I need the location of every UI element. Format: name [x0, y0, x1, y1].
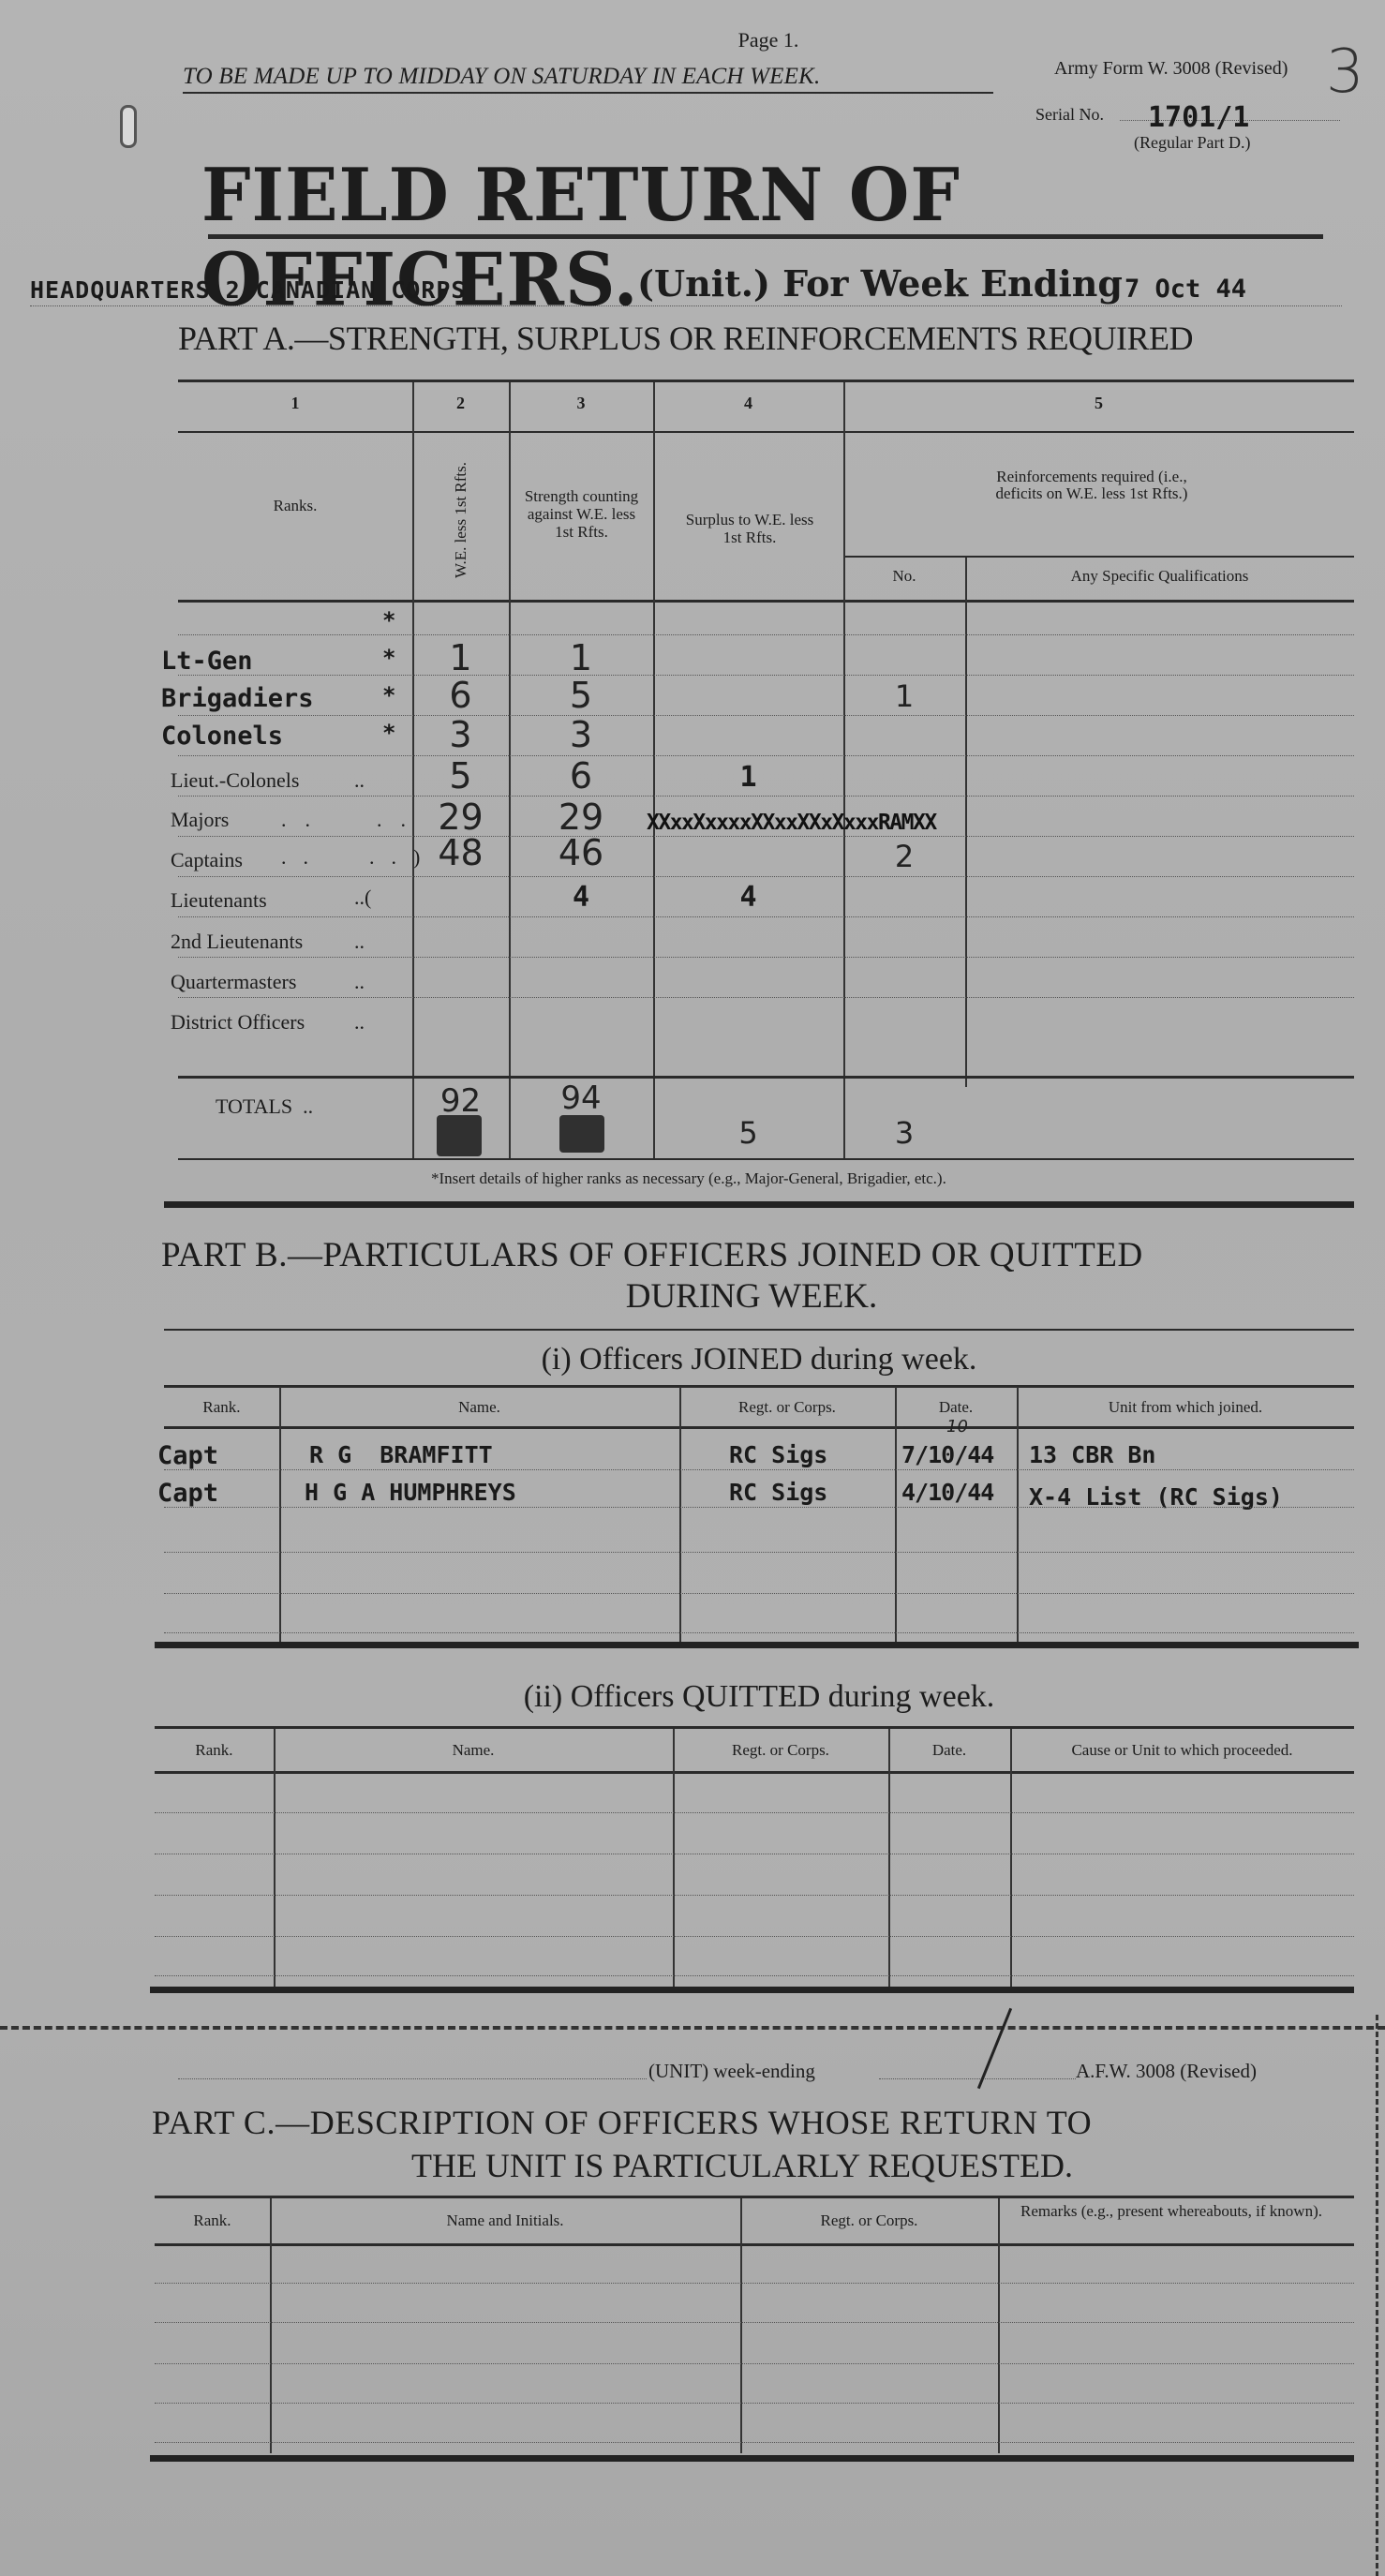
- reinforcement-no-value[interactable]: 1: [843, 678, 965, 714]
- quitted-col-divider-2: [673, 1729, 675, 1993]
- struck-out-text: XXxxXxxxxXXxxXXxXxxxRAMXX: [647, 811, 936, 835]
- part-c-heading-line2: THE UNIT IS PARTICULARLY REQUESTED.: [152, 2146, 1333, 2185]
- quitted-col-divider-3: [888, 1729, 890, 1993]
- totals-no[interactable]: 3: [843, 1115, 965, 1151]
- rank-label: District Officers: [171, 1010, 305, 1035]
- rank-marker: ..: [354, 1010, 365, 1035]
- row-rule: [164, 1507, 1354, 1508]
- army-form-label: Army Form W. 3008 (Revised): [1054, 58, 1288, 80]
- row-rule: [178, 957, 1354, 958]
- row-rule: [178, 836, 1354, 837]
- joined-col-divider-4: [1017, 1387, 1019, 1642]
- totals-strength[interactable]: 94: [509, 1080, 653, 1117]
- row-rule: [178, 796, 1354, 797]
- strength-value[interactable]: 3: [509, 714, 653, 755]
- part-a-col-divider-4: [843, 382, 845, 1160]
- quitted-col-cause: Cause or Unit to which proceeded.: [1010, 1741, 1354, 1760]
- surplus-value[interactable]: 1: [653, 761, 843, 794]
- unit-dotted-line: [178, 2078, 647, 2079]
- rank-marker: ..: [354, 970, 365, 994]
- part-c-table-top-rule: [155, 2196, 1354, 2198]
- rank-label: Brigadiers: [161, 684, 314, 713]
- week-ending-dotted-line: [879, 2078, 1076, 2079]
- perforation-line: [0, 2026, 1385, 2030]
- rank-label: Lieutenants: [171, 888, 267, 913]
- rank-label: Majors: [171, 808, 229, 832]
- we-value[interactable]: 6: [412, 675, 509, 716]
- joined-name[interactable]: R G BRAMFITT: [309, 1441, 493, 1468]
- row-rule: [164, 1593, 1354, 1594]
- part-c-heading: PART C.—DESCRIPTION OF OFFICERS WHOSE RE…: [152, 2103, 1092, 2142]
- joined-name[interactable]: H G A HUMPHREYS: [305, 1479, 516, 1506]
- col-number-2: 2: [412, 394, 509, 413]
- totals-bottom-rule: [178, 1158, 1354, 1160]
- rank-label: Colonels: [161, 722, 283, 751]
- part-c-header-rule: [155, 2243, 1354, 2246]
- rank-label: Quartermasters: [171, 970, 296, 994]
- rank-marker: *: [382, 645, 395, 671]
- header-ranks: Ranks.: [178, 497, 412, 515]
- reinforcement-no-value[interactable]: 2: [843, 839, 965, 874]
- row-rule: [155, 1854, 1354, 1854]
- we-value[interactable]: 1: [412, 637, 509, 678]
- row-rule: [155, 1812, 1354, 1813]
- unit-dotted-line: [30, 305, 1342, 306]
- rank-marker: ..: [354, 930, 365, 954]
- row-rule: [164, 1632, 1354, 1633]
- quitted-col-divider-4: [1010, 1729, 1012, 1993]
- row-rule: [164, 1552, 1354, 1553]
- strength-value[interactable]: 6: [509, 755, 653, 797]
- row-rule: [155, 2403, 1354, 2404]
- strength-value[interactable]: 4: [509, 881, 653, 914]
- unit-label: (Unit.) For Week Ending: [637, 262, 1123, 305]
- quitted-heading: (ii) Officers QUITTED during week.: [164, 1679, 1354, 1715]
- row-rule: [155, 2283, 1354, 2284]
- joined-unit[interactable]: 13 CBR Bn: [1029, 1441, 1155, 1468]
- rank-marker: ..: [354, 768, 365, 793]
- header-we: W.E. less 1st Rfts.: [452, 440, 470, 600]
- header-reinforcements: Reinforcements required (i.e., deficits …: [975, 469, 1209, 502]
- totals-label: TOTALS ..: [216, 1094, 313, 1119]
- totals-top-rule: [178, 1076, 1354, 1079]
- totals-strength-scribble: [559, 1115, 604, 1153]
- part-b-heading-line2: DURING WEEK.: [161, 1276, 1342, 1317]
- part-c-col-divider-2: [740, 2198, 742, 2453]
- part-c-col-regt: Regt. or Corps.: [740, 2211, 998, 2230]
- rank-label: Lieut.-Colonels: [171, 768, 299, 793]
- joined-col-divider-3: [895, 1387, 897, 1642]
- row-rule: [178, 876, 1354, 877]
- rank-marker: *: [382, 682, 395, 708]
- joined-col-date: Date.: [895, 1398, 1017, 1417]
- part-a-header-bottom-rule: [178, 600, 1354, 603]
- joined-rank[interactable]: Capt: [157, 1479, 218, 1508]
- row-rule: [178, 715, 1354, 716]
- quitted-col-date: Date.: [888, 1741, 1010, 1760]
- header-no: No.: [843, 567, 965, 586]
- we-value[interactable]: 5: [412, 755, 509, 797]
- row-rule: [178, 755, 1354, 756]
- joined-col-rank: Rank.: [164, 1398, 279, 1417]
- part-a-top-rule: [178, 380, 1354, 382]
- quitted-col-rank: Rank.: [155, 1741, 274, 1760]
- row-rule: [164, 1469, 1354, 1470]
- part-c-bottom-rule: [150, 2455, 1354, 2462]
- part-a-col-divider-5: [965, 558, 967, 1087]
- col-number-1: 1: [178, 394, 412, 413]
- joined-table-top-rule: [164, 1385, 1354, 1388]
- part-a-bottom-rule: [164, 1201, 1354, 1208]
- part-a-heading: PART A.—STRENGTH, SURPLUS OR REINFORCEME…: [178, 319, 1193, 358]
- week-ending-value: 7 Oct 44: [1124, 275, 1246, 304]
- strength-value[interactable]: 46: [509, 832, 653, 873]
- header-strength: Strength counting against W.E. less 1st …: [518, 487, 645, 541]
- joined-regt[interactable]: RC Sigs: [729, 1479, 827, 1506]
- totals-we[interactable]: 92: [412, 1082, 509, 1120]
- part-a-colnum-rule: [178, 431, 1354, 433]
- quitted-col-divider-1: [274, 1729, 276, 1993]
- corner-mark: 3: [1326, 37, 1364, 107]
- title-underline: [208, 234, 1323, 239]
- serial-label: Serial No.: [1035, 105, 1104, 125]
- joined-col-divider-2: [679, 1387, 681, 1642]
- quitted-table-top-rule: [155, 1726, 1354, 1729]
- rank-label: Captains: [171, 848, 243, 872]
- joined-col-divider-1: [279, 1387, 281, 1642]
- joined-col-regt: Regt. or Corps.: [679, 1398, 895, 1417]
- part-b-rule: [164, 1329, 1354, 1331]
- row-rule: [155, 1975, 1354, 1976]
- part-b-heading: PART B.—PARTICULARS OF OFFICERS JOINED O…: [161, 1235, 1143, 1275]
- instruction-text: TO BE MADE UP TO MIDDAY ON SATURDAY IN E…: [183, 64, 820, 90]
- rank-marker: *: [382, 720, 395, 746]
- joined-bottom-rule: [155, 1642, 1359, 1648]
- rank-marker: *: [382, 607, 395, 633]
- part-c-col-divider-3: [998, 2198, 1000, 2453]
- strength-value[interactable]: 1: [509, 637, 653, 678]
- afw-ref: A.F.W. 3008 (Revised): [1076, 2060, 1257, 2083]
- quitted-col-regt: Regt. or Corps.: [673, 1741, 888, 1760]
- strength-value[interactable]: 5: [509, 675, 653, 716]
- row-rule: [155, 2363, 1354, 2364]
- footnote: *Insert details of higher ranks as neces…: [431, 1169, 946, 1188]
- header-surplus: Surplus to W.E. less 1st Rfts.: [675, 511, 825, 546]
- page-number: Page 1.: [712, 28, 825, 52]
- joined-date[interactable]: 7/10/44: [901, 1441, 993, 1468]
- unit-week-ending-label: (UNIT) week-ending: [648, 2060, 815, 2083]
- joined-header-rule: [164, 1426, 1354, 1429]
- check-mark-icon: [977, 2008, 1012, 2089]
- joined-regt[interactable]: RC Sigs: [729, 1441, 827, 1468]
- part-c-col-remarks: Remarks (e.g., present whereabouts, if k…: [1003, 2202, 1340, 2220]
- we-value[interactable]: 3: [412, 714, 509, 755]
- quitted-bottom-rule: [150, 1987, 1354, 1993]
- part-c-col-rank: Rank.: [155, 2211, 270, 2230]
- instruction-underline: [183, 92, 993, 94]
- col-number-5: 5: [843, 394, 1354, 413]
- totals-we-scribble: [437, 1115, 482, 1156]
- part-c-col-divider-1: [270, 2198, 272, 2453]
- header-qualifications: Any Specific Qualifications: [965, 567, 1354, 586]
- serial-sub: (Regular Part D.): [1134, 133, 1250, 153]
- row-rule: [155, 1895, 1354, 1896]
- rank-label: 2nd Lieutenants: [171, 930, 303, 954]
- row-rule: [178, 634, 1354, 635]
- col-number-3: 3: [509, 394, 653, 413]
- row-rule: [155, 2442, 1354, 2443]
- quitted-header-rule: [155, 1771, 1354, 1774]
- part-a-qual-rule: [843, 556, 1354, 558]
- quitted-col-name: Name.: [274, 1741, 673, 1760]
- joined-col-unit: Unit from which joined.: [1017, 1398, 1354, 1417]
- row-rule: [178, 916, 1354, 917]
- unit-value: HEADQUARTERS 2 CANADIAN CORPS: [30, 276, 467, 304]
- rank-marker: .. ..: [281, 808, 424, 832]
- serial-value: 1701/1: [1148, 101, 1249, 134]
- part-c-col-name: Name and Initials.: [270, 2211, 740, 2230]
- row-rule: [155, 1936, 1354, 1937]
- joined-col-name: Name.: [279, 1398, 679, 1417]
- joined-rank[interactable]: Capt: [157, 1441, 218, 1470]
- date-annotation: 10: [946, 1417, 968, 1437]
- surplus-value[interactable]: 4: [653, 881, 843, 914]
- joined-unit[interactable]: X-4 List (RC Sigs): [1029, 1479, 1385, 1516]
- punch-hole: [120, 105, 137, 148]
- rank-label: Lt-Gen: [161, 647, 253, 676]
- totals-surplus[interactable]: 5: [653, 1115, 843, 1151]
- row-rule: [155, 2322, 1354, 2323]
- joined-heading: (i) Officers JOINED during week.: [164, 1342, 1354, 1377]
- rank-marker: ..(: [354, 886, 371, 910]
- form-page: Page 1. TO BE MADE UP TO MIDDAY ON SATUR…: [0, 0, 1385, 2576]
- row-rule: [178, 997, 1354, 998]
- right-edge-perforation: [1376, 2015, 1378, 2576]
- we-value[interactable]: 48: [412, 832, 509, 873]
- col-number-4: 4: [653, 394, 843, 413]
- row-rule: [178, 675, 1354, 676]
- joined-date[interactable]: 4/10/44: [901, 1479, 993, 1506]
